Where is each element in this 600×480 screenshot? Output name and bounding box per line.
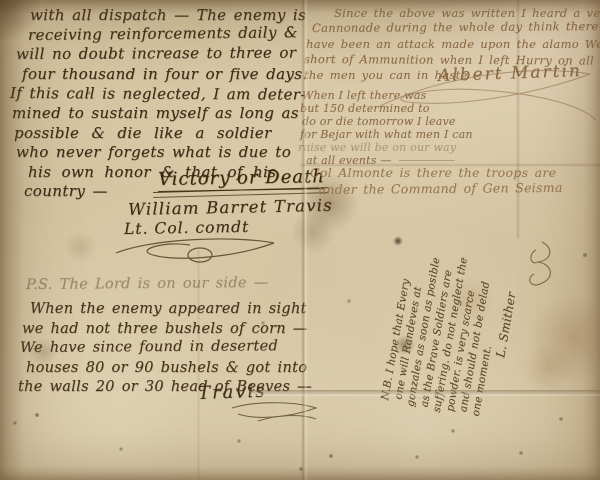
almonte-note-block: Col Almonte is there the troops are unde… bbox=[310, 165, 563, 198]
note-line: When I left there was bbox=[302, 90, 473, 103]
paper-specks bbox=[0, 0, 2, 2]
smither-rotated-note: N.B. I hope that Every one will Randeves… bbox=[395, 218, 515, 403]
signature-flourish-icon bbox=[110, 233, 288, 265]
almonte-line: under the Command of Gen Seisma bbox=[318, 179, 563, 198]
letter-line: four thousand in four or five days. bbox=[22, 65, 308, 85]
note-line: do or die tomorrow I leave bbox=[302, 116, 473, 129]
note-line: for Bejar with what men I can bbox=[300, 129, 473, 142]
almonte-line: Col Almonte is there the troops are bbox=[310, 165, 563, 182]
letter-line: mined to sustain myself as long as bbox=[12, 104, 308, 124]
signature-flourish-icon bbox=[228, 398, 320, 426]
postscript-line: P.S. The Lord is on our side — bbox=[26, 274, 312, 296]
postscript-line: the walls 20 or 30 head of Beeves — bbox=[18, 378, 312, 397]
letter-line: will no doubt increase to three or bbox=[16, 44, 308, 65]
addendum-line: Cannonade during the whole day think the… bbox=[312, 19, 600, 37]
letter-line: If this call is neglected, I am deter- bbox=[10, 84, 308, 105]
postscript-line: houses 80 or 90 bushels & got into bbox=[26, 359, 312, 378]
travis-letter-scan: with all dispatch — The enemy is receivi… bbox=[0, 0, 600, 480]
travis-signature-name: William Barret Travis bbox=[128, 196, 333, 219]
ink-dash-rule bbox=[399, 160, 455, 161]
note-line: but 150 determined to bbox=[300, 103, 473, 116]
signature-flourish-icon bbox=[522, 238, 558, 298]
letter-line: receiving reinforcements daily & bbox=[28, 23, 308, 46]
note-line: raise we will be on our way bbox=[298, 142, 473, 155]
postscript-line: We have since found in deserted bbox=[20, 337, 312, 358]
smither-note-lines: N.B. I hope that Every one will Randeves… bbox=[379, 202, 531, 420]
addendum-line: have been an attack made upon the alamo … bbox=[306, 37, 600, 52]
postscript-block: P.S. The Lord is on our side — When the … bbox=[22, 276, 312, 397]
letter-line: possible & die like a soldier bbox=[14, 124, 308, 144]
victory-or-death-phrase: Victory or Death bbox=[158, 166, 325, 192]
letter-line: who never forgets what is due to bbox=[16, 143, 308, 163]
postscript-line: When the enemy appeared in sight bbox=[30, 300, 312, 319]
martin-note-block: When I left there was but 150 determined… bbox=[302, 90, 473, 167]
